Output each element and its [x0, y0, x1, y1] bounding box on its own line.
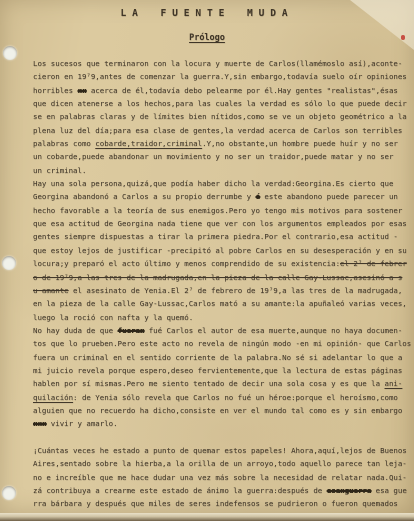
- text-segment: un criminal.: [33, 166, 86, 175]
- text-line: u amante el asesinato de Yenia.El 2⁷ de …: [33, 284, 411, 297]
- text-line: Hay una sola persona,quizá,que podía hab…: [33, 177, 411, 190]
- text-line: cieron en 19⁷9,antes de comenzar la guer…: [33, 70, 411, 83]
- text-segment: ¡Cuántas veces he estado a punto de quem…: [33, 446, 407, 455]
- text-segment: zá contribuya a crearme este estado de á…: [33, 486, 327, 495]
- overtyped-text-segment: xxx: [33, 419, 46, 428]
- punch-hole-bottom: [2, 486, 16, 500]
- text-segment: en la pieza de la calle Gay-Lussac,Carlo…: [33, 299, 407, 308]
- document-body: Los sucesos que terminaron con la locura…: [33, 57, 411, 511]
- underlined-text-segment: quilación: [33, 393, 73, 402]
- struck-text-segment: el 2⁷ de febrer: [340, 259, 407, 268]
- text-segment: el asesinato de Yenia.El 2⁷ de febrero d…: [69, 286, 403, 295]
- underlined-text-segment: ani-: [385, 379, 403, 388]
- text-line: palabras como cobarde,traidor,criminal.Y…: [33, 137, 411, 150]
- page-bottom-edge: [0, 513, 414, 521]
- overtyped-text-segment: esaxguerra: [327, 486, 372, 495]
- text-line: se en palabras claras y de límites bien …: [33, 110, 411, 123]
- text-segment: Los sucesos que terminaron con la locura…: [33, 59, 402, 68]
- text-segment: Georgina abandonó a Carlos a su propio d…: [33, 192, 255, 201]
- text-line: xxx vivir y amarlo.: [33, 417, 411, 430]
- text-segment: locura;y preparó el acto último y menos …: [33, 259, 340, 268]
- text-line: fuera un criminal en el sentido corrient…: [33, 351, 411, 364]
- text-line: hecho favorable a la teoría de sus enemi…: [33, 204, 411, 217]
- text-segment: rra bárbara y después que miles de seres…: [33, 499, 398, 508]
- text-segment: cieron en 19⁷9,antes de comenzar la guer…: [33, 72, 407, 81]
- overtyped-text-segment: fuerax: [118, 326, 145, 335]
- punch-hole-top: [3, 46, 17, 60]
- text-line: que estoy lejos de justificar -precipitó…: [33, 244, 411, 257]
- text-line: alguien que no recuerdo ha dicho,consist…: [33, 404, 411, 417]
- text-segment: fuera un criminal en el sentido corrient…: [33, 353, 402, 362]
- text-segment: fué Carlos el autor de esa muerte,aunque…: [144, 326, 402, 335]
- document-subtitle: Prólogo: [0, 33, 414, 43]
- text-segment: horribles: [33, 86, 78, 95]
- text-segment: tos que lo prueben.Pero este acto no rev…: [33, 339, 411, 348]
- underlined-text-segment: cobarde,traidor,criminal: [95, 139, 202, 148]
- text-segment: alguien que no recuerdo ha dicho,consist…: [33, 406, 402, 415]
- text-segment: gentes siempre dispuestas a tirar la pri…: [33, 232, 398, 241]
- text-line: locura;y preparó el acto último y menos …: [33, 257, 411, 270]
- text-line: Los sucesos que terminaron con la locura…: [33, 57, 411, 70]
- text-line: ¡Cuántas veces he estado a punto de quem…: [33, 444, 411, 457]
- document-page: LA FUENTE MUDA Prólogo Los sucesos que t…: [0, 0, 414, 513]
- text-line: rra bárbara y después que miles de seres…: [33, 497, 411, 510]
- text-segment: mi juicio revela porque espero,deseo fer…: [33, 366, 402, 375]
- text-segment: que esa actitud de Georgina nada tiene q…: [33, 219, 407, 228]
- text-line: hablen por sí mismas.Pero me siento tent…: [33, 377, 411, 390]
- text-segment: vivir y amarlo.: [46, 419, 117, 428]
- text-segment: plena luz del día;para esa clase de gent…: [33, 126, 402, 135]
- text-segment: No hay duda de que: [33, 326, 118, 335]
- text-segment: este abandono puede parecer un: [260, 192, 398, 201]
- text-segment: Hay una sola persona,quizá,que podía hab…: [33, 179, 393, 188]
- punch-hole-middle: [2, 256, 16, 270]
- text-line: [33, 431, 411, 444]
- text-line: No hay duda de que fuerax fué Carlos el …: [33, 324, 411, 337]
- text-segment: Aires,sentado sobre la hierba,a la orill…: [33, 459, 407, 468]
- text-line: no e increíble que me hace dudar una vez…: [33, 471, 411, 484]
- text-segment: palabras como: [33, 139, 95, 148]
- text-line: que dicen atenerse a los hechos,para las…: [33, 97, 411, 110]
- text-line: en la pieza de la calle Gay-Lussac,Carlo…: [33, 297, 411, 310]
- text-line: tos que lo prueben.Pero este acto no rev…: [33, 337, 411, 350]
- text-segment: hecho favorable a la teoría de sus enemi…: [33, 206, 402, 215]
- text-line: quilación: de Yenia sólo revela que Carl…: [33, 391, 411, 404]
- text-segment: que estoy lejos de justificar -precipitó…: [33, 246, 407, 255]
- text-segment: que dicen atenerse a los hechos,para las…: [33, 99, 407, 108]
- struck-text-segment: o de 19⁷9,a las tres de la madrugada,en …: [33, 273, 402, 282]
- text-line: o de 19⁷9,a las tres de la madrugada,en …: [33, 271, 411, 284]
- text-line: plena luz del día;para esa clase de gent…: [33, 124, 411, 137]
- text-line: que esa actitud de Georgina nada tiene q…: [33, 217, 411, 230]
- text-segment: .Y,no obstante,un hombre puede huír y no…: [202, 139, 398, 148]
- text-line: horribles xx acerca de él,todavía debo p…: [33, 84, 411, 97]
- text-segment: esa gue: [371, 486, 407, 495]
- text-line: Georgina abandonó a Carlos a su propio d…: [33, 190, 411, 203]
- text-line: mi juicio revela porque espero,deseo fer…: [33, 364, 411, 377]
- text-line: un criminal.: [33, 164, 411, 177]
- text-line: Aires,sentado sobre la hierba,a la orill…: [33, 457, 411, 470]
- text-segment: hablen por sí mismas.Pero me siento tent…: [33, 379, 385, 388]
- text-line: gentes siempre dispuestas a tirar la pri…: [33, 230, 411, 243]
- text-segment: luego la roció con nafta y la quemó.: [33, 313, 193, 322]
- text-segment: no e increíble que me hace dudar una vez…: [33, 473, 407, 482]
- text-segment: acerca de él,todavía debo pelearme por é…: [86, 86, 397, 95]
- struck-text-segment: u amante: [33, 286, 69, 295]
- text-segment: : de Yenia sólo revela que Carlos no fué…: [73, 393, 398, 402]
- text-line: luego la roció con nafta y la quemó.: [33, 311, 411, 324]
- text-line: zá contribuya a crearme este estado de á…: [33, 484, 411, 497]
- text-segment: se en palabras claras y de límites bien …: [33, 112, 407, 121]
- document-title: LA FUENTE MUDA: [0, 8, 414, 19]
- text-line: un cobarde,puede abandonar un movimiento…: [33, 150, 411, 163]
- text-segment: un cobarde,puede abandonar un movimiento…: [33, 152, 393, 161]
